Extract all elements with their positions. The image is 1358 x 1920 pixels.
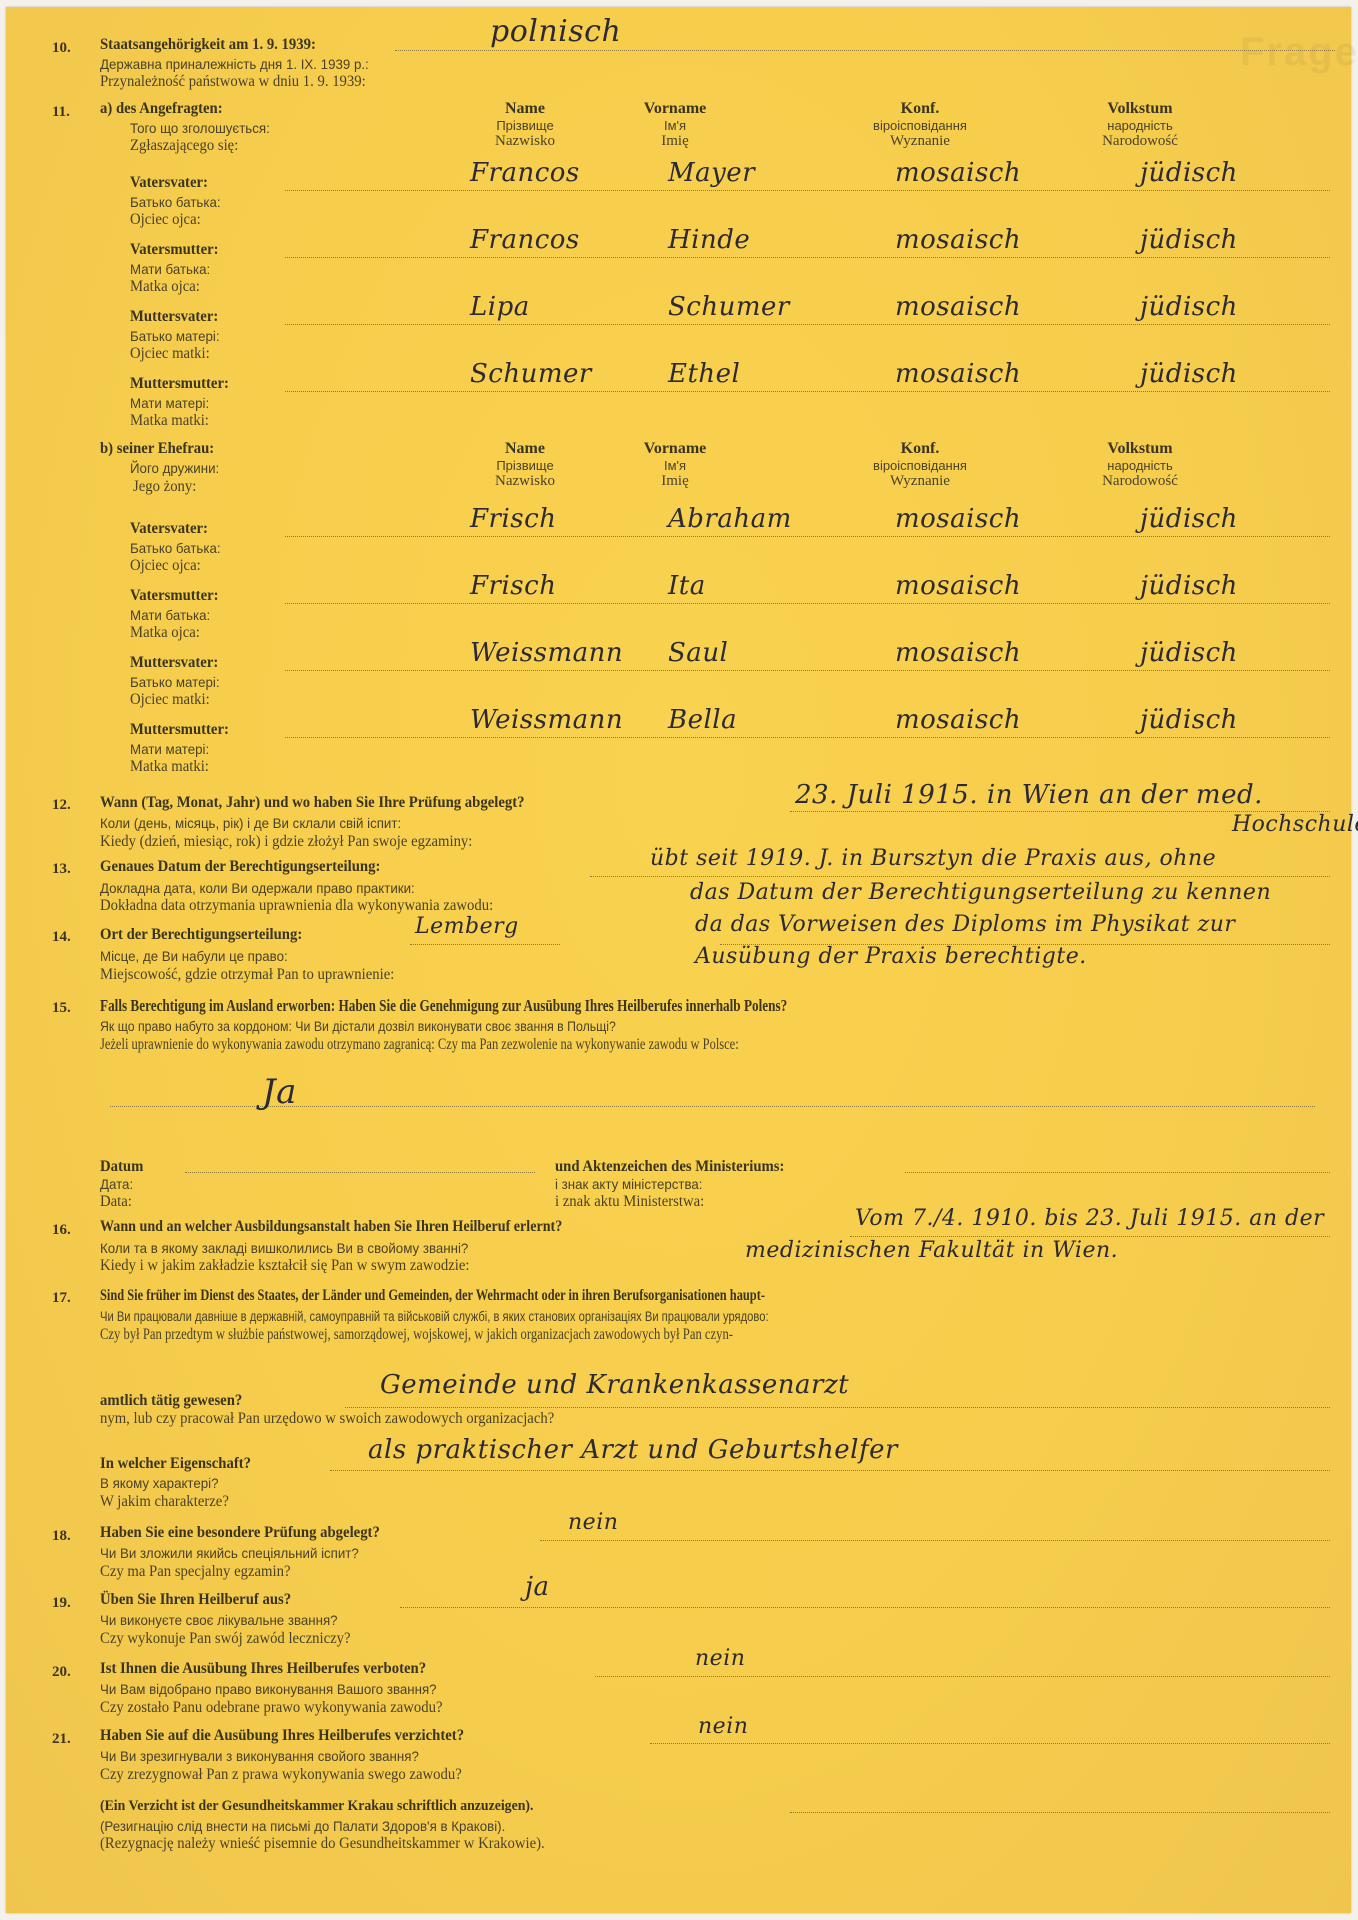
q20-label-ua: Чи Вам відобрано право виконування Вашог… [100,1681,437,1697]
applicant-relative-label-pl: Matka ojca: [130,278,200,296]
applicant-volkstum-field[interactable]: jüdisch [1140,225,1238,255]
wife-volkstum-field[interactable]: jüdisch [1140,571,1238,601]
applicant-vorname-field[interactable]: Schumer [668,292,790,322]
q17-label-de: Sind Sie früher im Dienst des Staates, d… [100,1287,765,1305]
applicant-konf-field[interactable]: mosaisch [895,359,1021,389]
wife-konf-field[interactable]: mosaisch [895,571,1021,601]
q20-answer[interactable]: nein [695,1646,745,1671]
aktenzeichen-label-pl: i znak aktu Ministerstwa: [555,1193,704,1211]
column-header-de: Konf. [840,440,1000,458]
q11b-label-de: b) seiner Ehefrau: [100,440,214,458]
column-header-pl: Wyznanie [840,133,1000,150]
aktenzeichen-label-ua: і знак акту міністерства: [555,1176,703,1192]
q10-label-de: Staatsangehörigkeit am 1. 9. 1939: [100,36,316,54]
wife-relative-label-ua: Батько батька: [130,540,221,556]
q13-answer-line-2[interactable]: das Datum der Berechtigungserteilung zu … [690,880,1271,905]
q10-answer-line [395,50,1335,51]
column-header-ua: Ім'я [595,458,755,473]
wife-konf-field[interactable]: mosaisch [895,638,1021,668]
q14-number: 14. [52,929,71,946]
q12-label-de: Wann (Tag, Monat, Jahr) und wo haben Sie… [100,794,524,812]
wife-row-line [285,603,1330,604]
q21-label-pl: Czy zrezygnował Pan z prawa wykonywania … [100,1766,462,1784]
q21-answer[interactable]: nein [698,1714,748,1739]
applicant-relative-label-ua: Батько батька: [130,194,221,210]
q12-label-ua: Коли (день, місяць, рік) і де Ви склали … [100,815,401,831]
q20-label-de: Ist Ihnen die Ausübung Ihres Heilberufes… [100,1660,426,1678]
q18-label-pl: Czy ma Pan specjalny egzamin? [100,1563,290,1581]
datum-field[interactable] [185,1172,535,1173]
column-header-ua: Прізвище [445,118,605,133]
capacity-label-de: In welcher Eigenschaft? [100,1455,251,1473]
wife-column-header: VolkstumнародністьNarodowość [1060,440,1220,490]
applicant-name-field[interactable]: Francos [470,225,580,255]
q17-label-pl: Czy był Pan przedtym w służbie państwowe… [100,1326,733,1344]
column-header-ua: Прізвище [445,458,605,473]
wife-konf-field[interactable]: mosaisch [895,504,1021,534]
q21-number: 21. [52,1731,71,1748]
wife-volkstum-field[interactable]: jüdisch [1140,504,1238,534]
applicant-relative-label-de: Vatersvater: [130,174,208,192]
applicant-name-field[interactable]: Schumer [470,359,592,389]
q17-label-de-2: amtlich tätig gewesen? [100,1392,242,1410]
wife-column-header: Konf.віроісповіданняWyznanie [840,440,1000,490]
background-watermark: Fragebogen zur [1240,30,1358,75]
column-header-pl: Imię [595,473,755,490]
wife-vorname-field[interactable]: Ita [668,571,706,601]
q21-label-ua: Чи Ви зрезигнували з виконування свойого… [100,1748,419,1764]
applicant-relative-label-pl: Matka matki: [130,412,209,430]
capacity-answer-line [330,1470,1330,1471]
q20-number: 20. [52,1664,71,1681]
q16-answer-continued[interactable]: medizinischen Fakultät in Wien. [745,1238,1118,1263]
column-header-de: Name [445,100,605,118]
q10-answer[interactable]: polnisch [490,14,621,49]
capacity-answer[interactable]: als praktischer Arzt und Geburtshelfer [368,1435,898,1465]
wife-relative-label-pl: Ojciec matki: [130,691,210,709]
wife-relative-label-ua: Мати батька: [130,607,210,623]
q17-number: 17. [52,1290,71,1307]
q15-label-ua: Як що право набуто за кордоном: Чи Ви ді… [100,1018,616,1034]
q17-label-ua: Чи Ви працювали давніше в державній, сам… [100,1308,769,1324]
q19-number: 19. [52,1595,71,1612]
applicant-volkstum-field[interactable]: jüdisch [1140,359,1238,389]
applicant-relative-label-ua: Мати батька: [130,261,210,277]
applicant-row-line [285,324,1330,325]
q18-answer-line [540,1540,1330,1541]
q11b-label-pl: Jego żony: [133,478,196,496]
q20-label-pl: Czy zostało Panu odebrane prawo wykonywa… [100,1699,443,1717]
q17-answer-line [345,1407,1330,1408]
q14-answer[interactable]: Lemberg [415,914,519,939]
applicant-column-header: NameПрізвищеNazwisko [445,100,605,150]
applicant-konf-field[interactable]: mosaisch [895,225,1021,255]
column-header-pl: Wyznanie [840,473,1000,490]
q16-label-ua: Коли та в якому закладі вишколились Ви в… [100,1240,468,1256]
q11b-label-ua: Його дружини: [130,460,219,476]
wife-name-field[interactable]: Weissmann [470,705,623,735]
column-header-de: Konf. [840,100,1000,118]
q17-label-pl-2: nym, lub czy pracował Pan urzędowo w swo… [100,1410,554,1428]
q19-label-ua: Чи виконуєте своє лікувальне звання? [100,1612,338,1628]
wife-vorname-field[interactable]: Bella [668,705,737,735]
datum-label-ua: Дата: [100,1176,133,1192]
applicant-relative-label-ua: Мати матері: [130,395,209,411]
wife-volkstum-field[interactable]: jüdisch [1140,638,1238,668]
q10-number: 10. [52,40,71,57]
wife-name-field[interactable]: Weissmann [470,638,623,668]
wife-relative-label-de: Muttersvater: [130,654,218,672]
applicant-konf-field[interactable]: mosaisch [895,158,1021,188]
column-header-pl: Imię [595,133,755,150]
applicant-row-line [285,391,1330,392]
q19-answer[interactable]: ja [525,1572,550,1602]
wife-relative-label-pl: Matka ojca: [130,624,200,642]
q18-answer[interactable]: nein [568,1510,618,1535]
applicant-volkstum-field[interactable]: jüdisch [1140,158,1238,188]
q15-label-pl: Jeżeli uprawnienie do wykonywania zawodu… [100,1036,739,1054]
q13-label-de: Genaues Datum der Berechtigungserteilung… [100,858,380,876]
q18-number: 18. [52,1528,71,1545]
column-header-pl: Nazwisko [445,133,605,150]
wife-relative-label-de: Muttersmutter: [130,721,229,739]
applicant-row-line [285,190,1330,191]
q16-answer[interactable]: Vom 7./4. 1910. bis 23. Juli 1915. an de… [855,1206,1324,1231]
column-header-ua: народність [1060,118,1220,133]
column-header-ua: народність [1060,458,1220,473]
applicant-vorname-field[interactable]: Ethel [668,359,740,389]
datum-label-de: Datum [100,1158,143,1176]
wife-konf-field[interactable]: mosaisch [895,705,1021,735]
q14-label-de: Ort der Berechtigungserteilung: [100,926,302,944]
wife-relative-label-ua: Мати матері: [130,741,209,757]
aktenzeichen-field[interactable] [905,1172,1330,1173]
column-header-ua: віроісповідання [840,458,1000,473]
q18-label-ua: Чи Ви зложили якийсь спеціяльний іспит? [100,1545,359,1561]
q10-label-pl: Przynależność państwowa w dniu 1. 9. 193… [100,73,366,91]
q17-answer[interactable]: Gemeinde und Krankenkassenarzt [380,1370,849,1400]
applicant-relative-label-ua: Батько матері: [130,328,220,344]
wife-vorname-field[interactable]: Abraham [668,504,792,534]
q18-label-de: Haben Sie eine besondere Prüfung abgeleg… [100,1524,380,1542]
column-header-pl: Narodowość [1060,133,1220,150]
column-header-de: Vorname [595,440,755,458]
q11a-label-de: a) des Angefragten: [100,100,223,118]
column-header-ua: Ім'я [595,118,755,133]
wife-relative-label-pl: Ojciec ojca: [130,557,201,575]
applicant-name-field[interactable]: Francos [470,158,580,188]
applicant-vorname-field[interactable]: Mayer [668,158,755,188]
applicant-name-field[interactable]: Lipa [470,292,530,322]
applicant-relative-label-de: Muttersmutter: [130,375,229,393]
q12-label-pl: Kiedy (dzień, miesiąc, rok) i gdzie złoż… [100,833,472,851]
column-header-ua: віроісповідання [840,118,1000,133]
column-header-de: Name [445,440,605,458]
q12-answer[interactable]: 23. Juli 1915. in Wien an der med. [795,780,1263,810]
q21-note-de: (Ein Verzicht ist der Gesundheitskammer … [100,1798,533,1815]
applicant-vorname-field[interactable]: Hinde [668,225,750,255]
wife-relative-label-de: Vatersmutter: [130,587,219,605]
wife-row-line [285,737,1330,738]
column-header-de: Volkstum [1060,440,1220,458]
q15-label-de: Falls Berechtigung im Ausland erworben: … [100,996,787,1016]
applicant-row-line [285,257,1330,258]
q11a-label-ua: Того що зголошується: [130,120,270,136]
q19-label-pl: Czy wykonuje Pan swój zawód leczniczy? [100,1630,351,1648]
q21-note-ua: (Резигнацію слід внести на письмі до Пал… [100,1818,505,1834]
applicant-relative-label-pl: Ojciec ojca: [130,211,201,229]
q21-answer-line [650,1743,1330,1744]
wife-relative-label-ua: Батько матері: [130,674,220,690]
q13-number: 13. [52,861,71,878]
applicant-column-header: Konf.віроісповіданняWyznanie [840,100,1000,150]
q21-note-pl: (Rezygnację należy wnieść pisemnie do Ge… [100,1835,545,1853]
q16-label-pl: Kiedy i w jakim zakładzie kształcił się … [100,1257,470,1275]
q14-label-ua: Місце, де Ви набули це право: [100,948,288,964]
applicant-column-header: VolkstumнародністьNarodowość [1060,100,1220,150]
wife-column-header: VornameІм'яImię [595,440,755,490]
q13-answer-line-1[interactable]: übt seit 1919. J. in Bursztyn die Praxis… [650,846,1216,871]
q16-label-de: Wann und an welcher Ausbildungsanstalt h… [100,1218,562,1236]
wife-name-field[interactable]: Frisch [470,571,556,601]
q16-answer-line [850,1236,1330,1237]
applicant-konf-field[interactable]: mosaisch [895,292,1021,322]
wife-relative-label-pl: Matka matki: [130,758,209,776]
aktenzeichen-label-de: und Aktenzeichen des Ministeriums: [555,1158,784,1176]
q11-number: 11. [52,104,70,121]
wife-column-header: NameПрізвищеNazwisko [445,440,605,490]
wife-vorname-field[interactable]: Saul [668,638,728,668]
q15-answer[interactable]: Ja [262,1072,297,1112]
column-header-de: Vorname [595,100,755,118]
q10-label-ua: Державна приналежність дня 1. IX. 1939 р… [100,56,369,72]
q14-answer-line [410,944,560,945]
applicant-volkstum-field[interactable]: jüdisch [1140,292,1238,322]
q21-label-de: Haben Sie auf die Ausübung Ihres Heilber… [100,1727,464,1745]
q19-label-de: Üben Sie Ihren Heilberuf aus? [100,1591,291,1609]
applicant-column-header: VornameІм'яImię [595,100,755,150]
column-header-pl: Nazwisko [445,473,605,490]
wife-row-line [285,670,1330,671]
q13-answer-line-3-text[interactable]: da das Vorweisen des Diploms im Physikat… [695,912,1235,937]
applicant-relative-label-de: Muttersvater: [130,308,218,326]
q14-label-pl: Miejscowość, gdzie otrzymał Pan to upraw… [100,966,394,984]
q13-answer-line [590,876,1330,877]
q20-answer-line [595,1676,1330,1677]
applicant-relative-label-pl: Ojciec matki: [130,345,210,363]
q21-note-line [790,1812,1330,1813]
q19-answer-line [400,1607,1330,1608]
q16-number: 16. [52,1222,71,1239]
column-header-pl: Narodowość [1060,473,1220,490]
capacity-label-ua: В якому характері? [100,1475,219,1491]
q12-number: 12. [52,797,71,814]
capacity-label-pl: W jakim charakterze? [100,1493,229,1511]
wife-relative-label-de: Vatersvater: [130,520,208,538]
wife-name-field[interactable]: Frisch [470,504,556,534]
q13-label-pl: Dokładna data otrzymania uprawnienia dla… [100,897,493,915]
wife-row-line [285,536,1330,537]
wife-volkstum-field[interactable]: jüdisch [1140,705,1238,735]
q11a-label-pl: Zgłaszającego się: [130,137,238,155]
datum-label-pl: Data: [100,1193,132,1211]
q12-answer-continued[interactable]: Hochschule [1232,812,1358,837]
q13-answer-line-4[interactable]: Ausübung der Praxis berechtigte. [695,944,1087,969]
q13-label-ua: Докладна дата, коли Ви одержали право пр… [100,880,415,896]
column-header-de: Volkstum [1060,100,1220,118]
q15-number: 15. [52,1000,71,1017]
applicant-relative-label-de: Vatersmutter: [130,241,219,259]
